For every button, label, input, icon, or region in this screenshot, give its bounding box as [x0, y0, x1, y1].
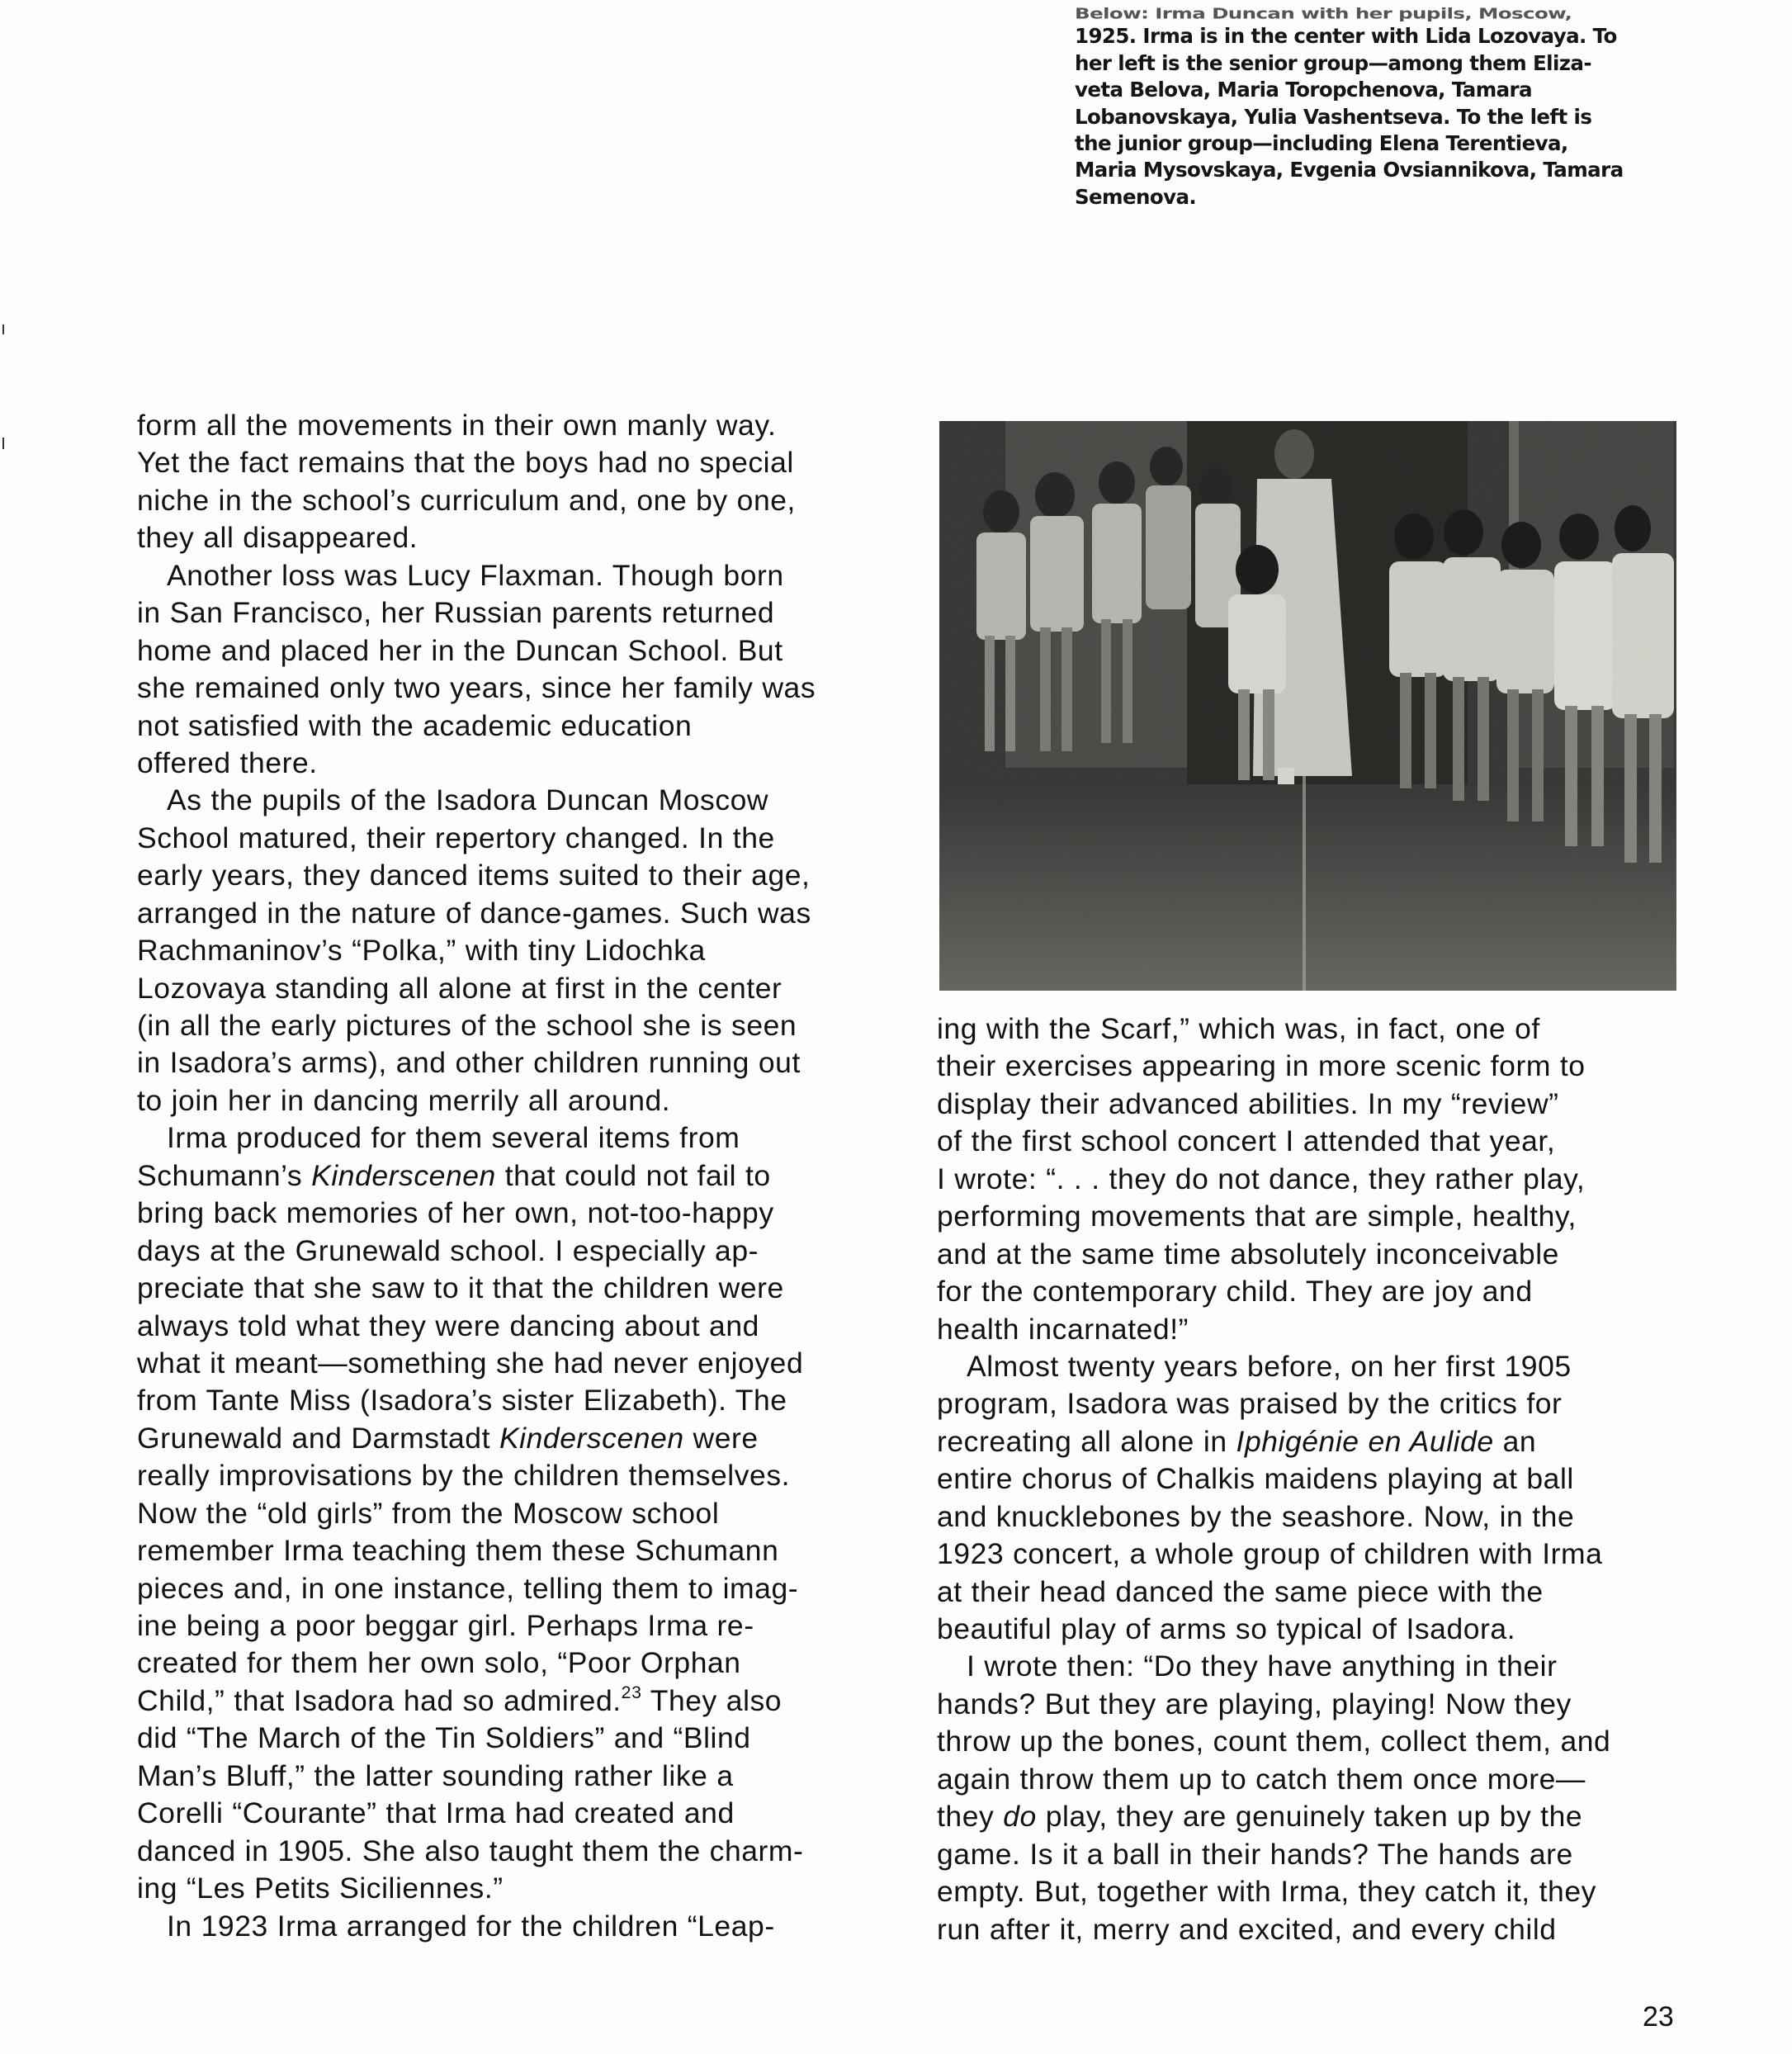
text-line: not satisfied with the academic educatio… [137, 708, 905, 745]
text-run: an [1494, 1425, 1537, 1458]
text-line: Child,” that Isadora had so admired.23 T… [137, 1682, 905, 1720]
text-run: recreating all alone in [937, 1425, 1236, 1458]
text-line: in San Francisco, her Russian parents re… [137, 594, 905, 632]
text-line: they all disappeared. [137, 519, 905, 556]
text-line: what it meant—something she had never en… [137, 1345, 905, 1382]
body-text-left-column: form all the movements in their own manl… [137, 407, 905, 1945]
text-line: empty. But, together with Irma, they cat… [937, 1873, 1705, 1910]
text-line: to join her in dancing merrily all aroun… [137, 1082, 905, 1119]
text-line: always told what they were dancing about… [137, 1308, 905, 1345]
caption-line: her left is the senior group—among them … [1075, 50, 1735, 77]
text-line: 1923 concert, a whole group of children … [937, 1536, 1705, 1573]
text-line: for the contemporary child. They are joy… [937, 1273, 1705, 1310]
text-line: danced in 1905. She also taught them the… [137, 1833, 905, 1870]
text-line: Corelli “Courante” that Irma had created… [137, 1795, 905, 1832]
text-line: Yet the fact remains that the boys had n… [137, 444, 905, 481]
paragraph-start-line: As the pupils of the Isadora Duncan Mosc… [137, 782, 905, 819]
text-line: Schumann’s Kinderscenen that could not f… [137, 1157, 905, 1195]
paragraph-start-line: In 1923 Irma arranged for the children “… [137, 1908, 905, 1945]
text-line: (in all the early pictures of the school… [137, 1007, 905, 1044]
text-run: They also [641, 1684, 782, 1717]
text-line: in Isadora’s arms), and other children r… [137, 1044, 905, 1081]
body-text-right-column: ing with the Scarf,” which was, in fact,… [937, 1010, 1705, 1948]
text-line: and at the same time absolutely inconcei… [937, 1236, 1705, 1273]
caption-line: Semenova. [1075, 184, 1735, 211]
caption-line: Lobanovskaya, Yulia Vashentseva. To the … [1075, 104, 1735, 130]
caption-line: Maria Mysovskaya, Evgenia Ovsiannikova, … [1075, 157, 1735, 183]
text-run: that could not fail to [496, 1159, 771, 1192]
text-line: early years, they danced items suited to… [137, 857, 905, 894]
margin-mark [2, 438, 4, 449]
text-line: bring back memories of her own, not-too-… [137, 1195, 905, 1232]
italic-title: Kinderscenen [311, 1159, 496, 1192]
text-line: home and placed her in the Duncan School… [137, 632, 905, 670]
text-line: preciate that she saw to it that the chi… [137, 1270, 905, 1307]
caption-line: 1925. Irma is in the center with Lida Lo… [1075, 23, 1735, 50]
text-line: at their head danced the same piece with… [937, 1574, 1705, 1611]
caption-line: Below: Irma Duncan with her pupils, Mosc… [1075, 4, 1735, 23]
text-line: remember Irma teaching them these Schuma… [137, 1532, 905, 1569]
text-line: from Tante Miss (Isadora’s sister Elizab… [137, 1382, 905, 1419]
text-line: beautiful play of arms so typical of Isa… [937, 1611, 1705, 1648]
caption-line: the junior group—including Elena Terenti… [1075, 130, 1735, 157]
text-line: Now the “old girls” from the Moscow scho… [137, 1495, 905, 1532]
text-line: performing movements that are simple, he… [937, 1198, 1705, 1235]
photo-caption: Below: Irma Duncan with her pupils, Mosc… [1075, 0, 1735, 211]
text-line: Man’s Bluff,” the latter sounding rather… [137, 1758, 905, 1795]
text-line: program, Isadora was praised by the crit… [937, 1385, 1705, 1422]
text-run: they [937, 1800, 1003, 1833]
text-run: were [684, 1422, 759, 1455]
text-line: recreating all alone in Iphigénie en Aul… [937, 1423, 1705, 1460]
page-number: 23 [1643, 2001, 1674, 2033]
paragraph-start-line: Almost twenty years before, on her first… [937, 1348, 1705, 1385]
text-line: niche in the school’s curriculum and, on… [137, 482, 905, 519]
text-line: of the first school concert I attended t… [937, 1123, 1705, 1160]
text-line: display their advanced abilities. In my … [937, 1086, 1705, 1123]
text-line: again throw them up to catch them once m… [937, 1761, 1705, 1798]
text-line: ing “Les Petits Siciliennes.” [137, 1870, 905, 1907]
text-line: entire chorus of Chalkis maidens playing… [937, 1460, 1705, 1498]
text-line: really improvisations by the children th… [137, 1457, 905, 1494]
photo-image [939, 421, 1676, 991]
text-line: their exercises appearing in more scenic… [937, 1048, 1705, 1085]
photograph [939, 421, 1676, 991]
paragraph-start-line: I wrote then: “Do they have anything in … [937, 1648, 1705, 1685]
text-line: ine being a poor beggar girl. Perhaps Ir… [137, 1607, 905, 1645]
footnote-reference[interactable]: 23 [622, 1682, 642, 1702]
italic-title: Kinderscenen [499, 1422, 684, 1455]
text-run: Grunewald and Darmstadt [137, 1422, 499, 1455]
text-line: Lozovaya standing all alone at first in … [137, 970, 905, 1007]
text-line: did “The March of the Tin Soldiers” and … [137, 1720, 905, 1757]
text-line: she remained only two years, since her f… [137, 670, 905, 707]
text-line: arranged in the nature of dance-games. S… [137, 895, 905, 932]
text-line: run after it, merry and excited, and eve… [937, 1911, 1705, 1948]
text-line: offered there. [137, 745, 905, 782]
text-line: Rachmaninov’s “Polka,” with tiny Lidochk… [137, 932, 905, 969]
paragraph-start-line: Irma produced for them several items fro… [137, 1119, 905, 1157]
text-run: Schumann’s [137, 1159, 311, 1192]
text-line: they do play, they are genuinely taken u… [937, 1798, 1705, 1835]
text-line: School matured, their repertory changed.… [137, 820, 905, 857]
caption-line: veta Belova, Maria Toropchenova, Tamara [1075, 77, 1735, 103]
italic-title: do [1003, 1800, 1037, 1833]
text-line: hands? But they are playing, playing! No… [937, 1686, 1705, 1723]
text-line: pieces and, in one instance, telling the… [137, 1570, 905, 1607]
text-line: game. Is it a ball in their hands? The h… [937, 1836, 1705, 1873]
text-line: I wrote: “. . . they do not dance, they … [937, 1161, 1705, 1198]
text-line: throw up the bones, count them, collect … [937, 1723, 1705, 1760]
margin-mark [2, 324, 4, 334]
text-line: created for them her own solo, “Poor Orp… [137, 1645, 905, 1682]
text-line: and knucklebones by the seashore. Now, i… [937, 1498, 1705, 1536]
text-line: health incarnated!” [937, 1311, 1705, 1348]
text-line: form all the movements in their own manl… [137, 407, 905, 444]
paragraph-start-line: Another loss was Lucy Flaxman. Though bo… [137, 557, 905, 594]
text-line: ing with the Scarf,” which was, in fact,… [937, 1010, 1705, 1048]
text-run: Child,” that Isadora had so admired. [137, 1684, 622, 1717]
text-run: play, they are genuinely taken up by the [1037, 1800, 1582, 1833]
text-line: Grunewald and Darmstadt Kinderscenen wer… [137, 1420, 905, 1457]
text-line: days at the Grunewald school. I especial… [137, 1233, 905, 1270]
italic-title: Iphigénie en Aulide [1236, 1425, 1494, 1458]
